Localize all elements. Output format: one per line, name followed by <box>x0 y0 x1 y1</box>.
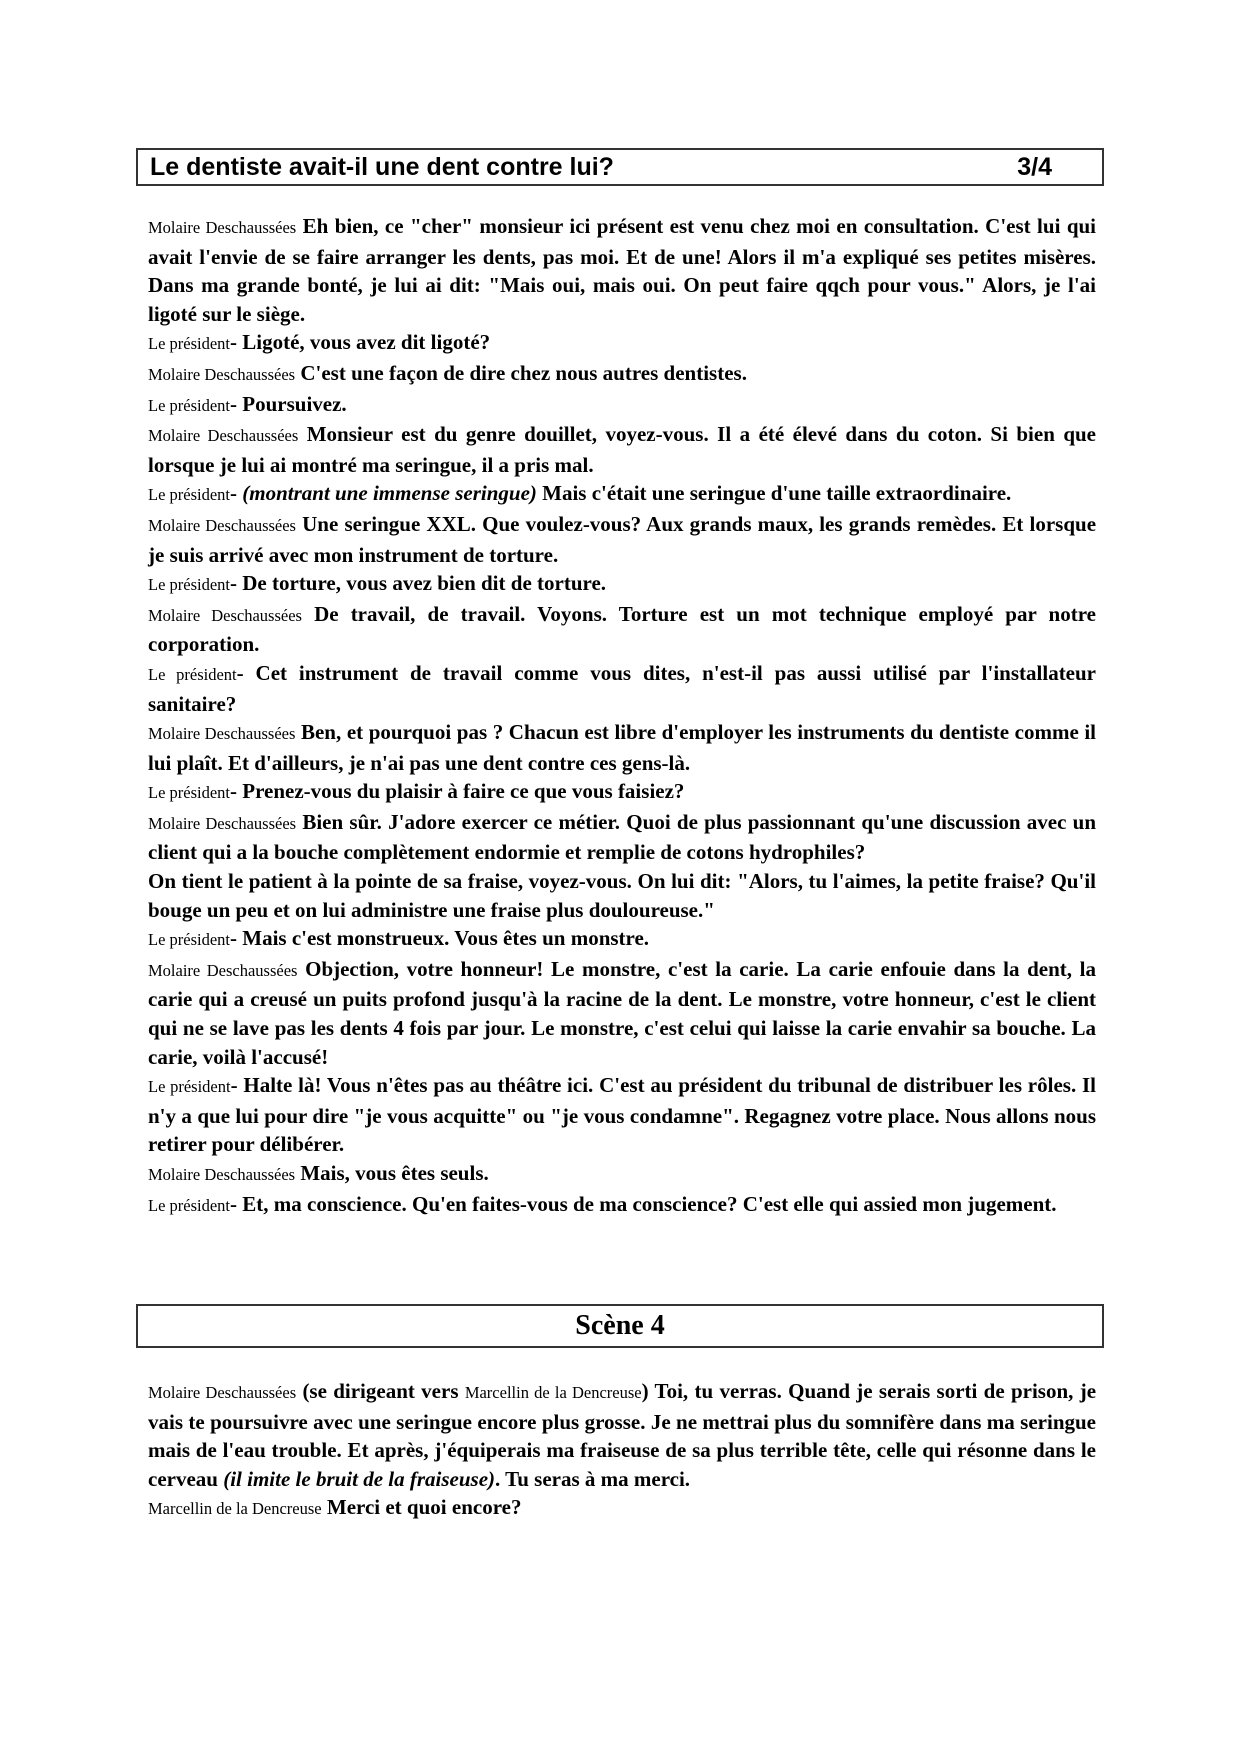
speaker-name: Molaire Deschaussées <box>148 1165 295 1184</box>
line-text: Merci et quoi encore? <box>327 1495 522 1519</box>
speaker-dash: - <box>230 926 242 950</box>
dialogue-line: Le président- Prenez-vous du plaisir à f… <box>148 777 1096 808</box>
speaker-name: Molaire Deschaussées <box>148 606 302 625</box>
dialogue-line: Marcellin de la Dencreuse Merci et quoi … <box>148 1493 1096 1524</box>
speaker-name: Le président <box>148 930 230 949</box>
stage-direction-open: (se dirigeant vers <box>302 1379 464 1403</box>
stage-direction-target: Marcellin de la Dencreuse <box>465 1383 642 1402</box>
line-text: Cet instrument de travail comme vous dit… <box>148 661 1096 716</box>
speaker-name: Le président <box>148 1077 231 1096</box>
speaker-name: Marcellin de la Dencreuse <box>148 1499 322 1518</box>
line-text: De torture, vous avez bien dit de tortur… <box>242 571 606 595</box>
document-header: Le dentiste avait-il une dent contre lui… <box>136 148 1104 186</box>
dialogue-line: Molaire Deschaussées (se dirigeant vers … <box>148 1377 1096 1493</box>
line-text: Halte là! Vous n'êtes pas au théâtre ici… <box>148 1073 1096 1156</box>
line-text: Mais c'est monstrueux. Vous êtes un mons… <box>242 926 649 950</box>
line-text: Poursuivez. <box>242 392 346 416</box>
line-text: On tient le patient à la pointe de sa fr… <box>148 869 1096 922</box>
dialogue-line: Molaire Deschaussées Objection, votre ho… <box>148 955 1096 1071</box>
speaker-name: Molaire Deschaussées <box>148 1383 296 1402</box>
speaker-name: Molaire Deschaussées <box>148 961 297 980</box>
dialogue-line: Molaire Deschaussées De travail, de trav… <box>148 600 1096 659</box>
dialogue-line: Le président- Cet instrument de travail … <box>148 659 1096 718</box>
line-text: C'est une façon de dire chez nous autres… <box>300 361 747 385</box>
dialogue-line: Molaire Deschaussées Monsieur est du gen… <box>148 420 1096 479</box>
dialogue-line: Molaire Deschaussées Ben, et pourquoi pa… <box>148 718 1096 777</box>
stage-direction: (il imite le bruit de la fraiseuse) <box>223 1467 495 1491</box>
dialogue-line: Molaire Deschaussées Mais, vous êtes seu… <box>148 1159 1096 1190</box>
speaker-name: Molaire Deschaussées <box>148 516 296 535</box>
speaker-dash: - <box>230 1192 242 1216</box>
speaker-name: Molaire Deschaussées <box>148 365 295 384</box>
speaker-dash: - <box>230 481 242 505</box>
dialogue-line: Le président- Halte là! Vous n'êtes pas … <box>148 1071 1096 1159</box>
speaker-name: Le président <box>148 783 230 802</box>
document-title: Le dentiste avait-il une dent contre lui… <box>150 153 614 182</box>
speaker-name: Molaire Deschaussées <box>148 218 296 237</box>
line-text: Mais, vous êtes seuls. <box>300 1161 488 1185</box>
line-text: Prenez-vous du plaisir à faire ce que vo… <box>242 779 684 803</box>
line-text: Ligoté, vous avez dit ligoté? <box>242 330 490 354</box>
dialogue-line: Le président- Ligoté, vous avez dit ligo… <box>148 328 1096 359</box>
speaker-dash: - <box>231 1073 244 1097</box>
speaker-dash: - <box>237 661 256 685</box>
stage-direction: (montrant une immense seringue) <box>242 481 537 505</box>
dialogue-line: Molaire Deschaussées Une seringue XXL. Q… <box>148 510 1096 569</box>
dialogue-line: On tient le patient à la pointe de sa fr… <box>148 867 1096 924</box>
speaker-name: Molaire Deschaussées <box>148 814 296 833</box>
speaker-name: Le président <box>148 396 230 415</box>
speaker-name: Le président <box>148 1196 230 1215</box>
dialogue-line: Molaire Deschaussées Eh bien, ce "cher" … <box>148 212 1096 328</box>
scene4-dialogue-block: Molaire Deschaussées (se dirigeant vers … <box>148 1377 1096 1524</box>
line-text-end: . Tu seras à ma merci. <box>495 1467 690 1491</box>
dialogue-line: Le président- Et, ma conscience. Qu'en f… <box>148 1190 1096 1221</box>
speaker-dash: - <box>230 779 242 803</box>
speaker-name: Le président <box>148 665 237 684</box>
scene-heading-box: Scène 4 <box>136 1304 1104 1348</box>
dialogue-line: Molaire Deschaussées Bien sûr. J'adore e… <box>148 808 1096 867</box>
dialogue-block: Molaire Deschaussées Eh bien, ce "cher" … <box>148 212 1096 1220</box>
speaker-name: Le président <box>148 485 230 504</box>
dialogue-line: Le président- Poursuivez. <box>148 390 1096 421</box>
speaker-name: Le président <box>148 334 230 353</box>
speaker-name: Molaire Deschaussées <box>148 724 295 743</box>
dialogue-line: Le président- (montrant une immense seri… <box>148 479 1096 510</box>
scene-title: Scène 4 <box>575 1310 664 1342</box>
speaker-dash: - <box>230 330 242 354</box>
speaker-name: Molaire Deschaussées <box>148 426 298 445</box>
speaker-name: Le président <box>148 575 230 594</box>
page-indicator: 3/4 <box>1017 153 1052 182</box>
dialogue-line: Le président- Mais c'est monstrueux. Vou… <box>148 924 1096 955</box>
stage-direction-close: ) <box>642 1379 649 1403</box>
speaker-dash: - <box>230 392 242 416</box>
dialogue-line: Le président- De torture, vous avez bien… <box>148 569 1096 600</box>
speaker-dash: - <box>230 571 242 595</box>
document-page: Le dentiste avait-il une dent contre lui… <box>0 0 1240 1754</box>
dialogue-line: Molaire Deschaussées C'est une façon de … <box>148 359 1096 390</box>
line-text: Mais c'était une seringue d'une taille e… <box>537 481 1011 505</box>
line-text: Et, ma conscience. Qu'en faites-vous de … <box>242 1192 1056 1216</box>
